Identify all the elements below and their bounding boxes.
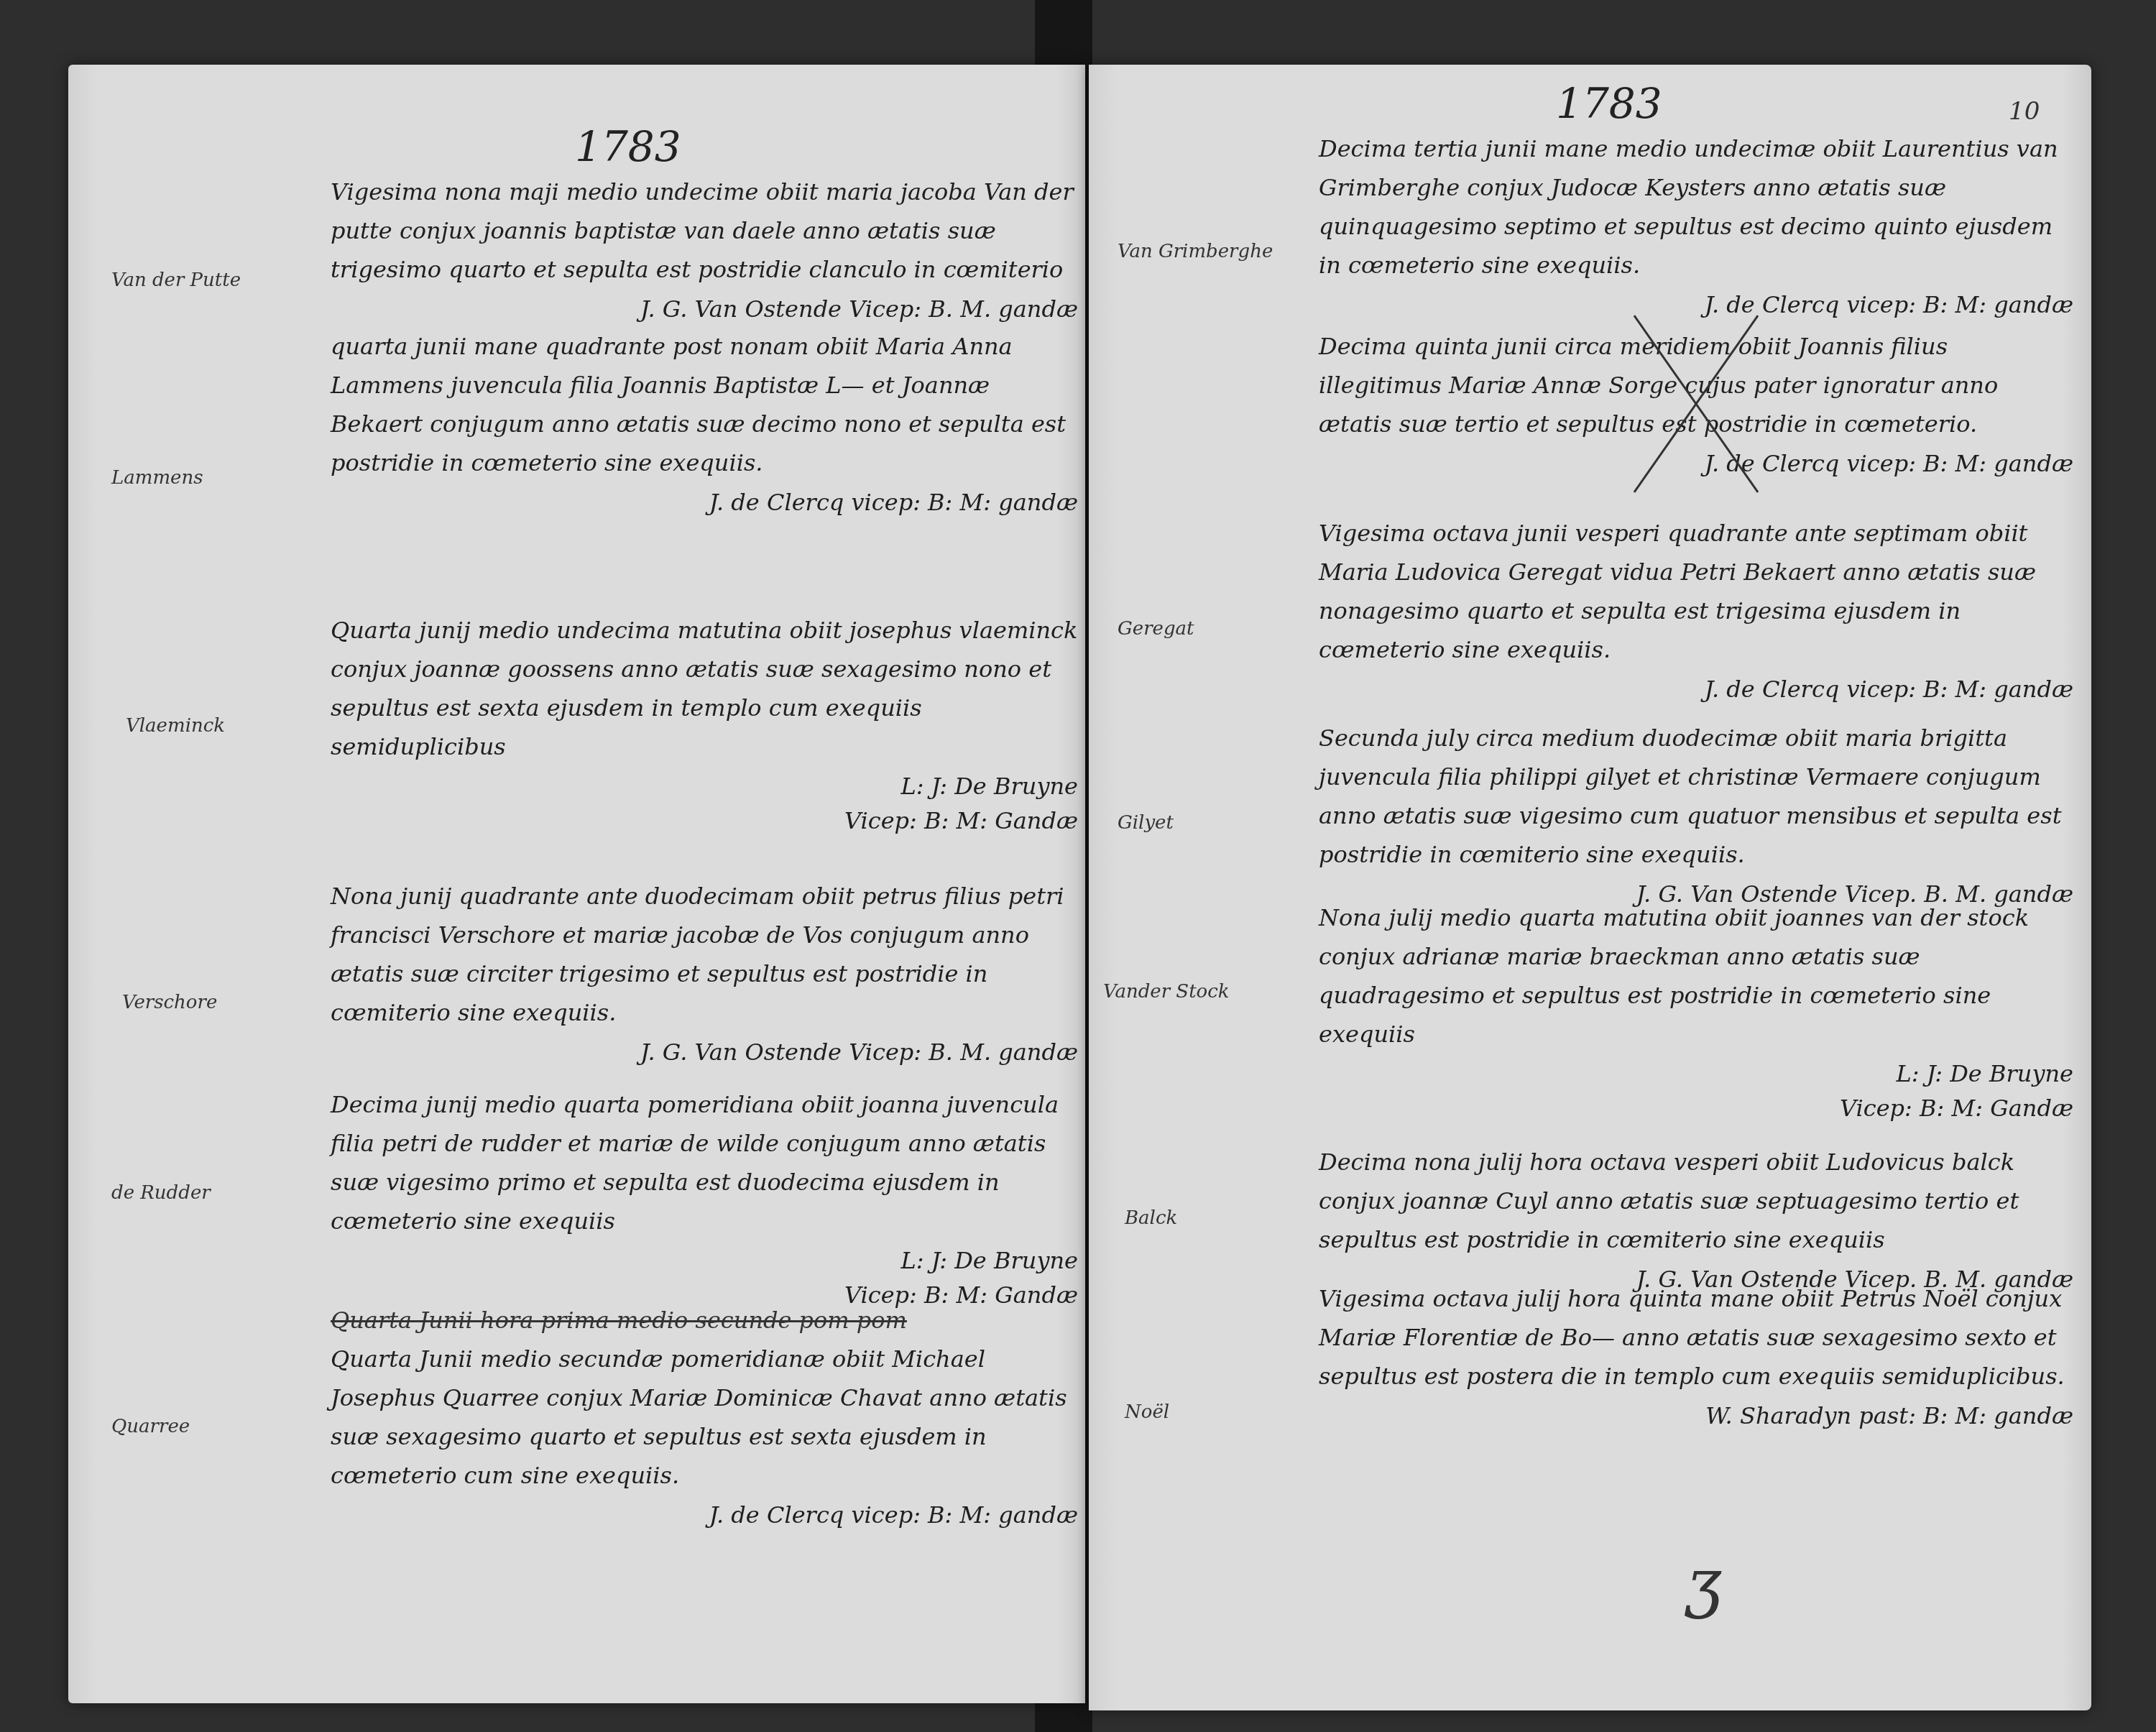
entry-text: Decima tertia junii mane medio undecimæ … (1319, 129, 2073, 285)
entry-text: Quarta junij medio undecima matutina obi… (331, 611, 1078, 766)
entry-text: Decima quinta junii circa meridiem obiit… (1319, 327, 2073, 443)
left-page: 1783 Van der Putte Vigesima nona maji me… (68, 65, 1085, 1703)
entry-text: Decima junij medio quarta pomeridiana ob… (331, 1085, 1078, 1240)
entry-signature: L: J: De Bruyne Vicep: B: M: Gandæ (1319, 1056, 2073, 1125)
margin-name: Van der Putte (111, 270, 241, 291)
margin-name: Verschore (122, 992, 217, 1013)
register-entry: Vigesima nona maji medio undecime obiit … (331, 172, 1078, 326)
struck-line: Quarta Junii hora prima medio secunde po… (331, 1301, 1078, 1340)
margin-name: Vlaeminck (126, 715, 225, 737)
entry-text: Vigesima nona maji medio undecime obiit … (331, 172, 1078, 289)
margin-name: Noël (1125, 1401, 1169, 1423)
register-entry: Vigesima octava julij hora quinta mane o… (1319, 1279, 2073, 1433)
entry-signature: J. de Clercq vicep: B: M: gandæ (331, 485, 1078, 520)
margin-name: Quarree (111, 1416, 190, 1437)
margin-name: Vander Stock (1103, 981, 1230, 1003)
entry-signature: J. de Clercq vicep: B: M: gandæ (331, 1498, 1078, 1532)
entry-signature: L: J: De Bruyne Vicep: B: M: Gandæ (331, 769, 1078, 838)
closing-flourish: ʒ (1685, 1545, 1722, 1621)
margin-name: Balck (1125, 1207, 1177, 1229)
entry-text: Nona julij medio quarta matutina obiit j… (1319, 898, 2073, 1054)
entry-signature: J. G. Van Ostende Vicep: B. M. gandæ (331, 292, 1078, 326)
register-entry: Decima tertia junii mane medio undecimæ … (1319, 129, 2073, 322)
register-entry: Vigesima octava junii vesperi quadrante … (1319, 514, 2073, 706)
register-entry: Quarta junij medio undecima matutina obi… (331, 611, 1078, 838)
left-page-year: 1783 (575, 122, 681, 171)
right-page: 1783 10 Van Grimberghe Decima tertia jun… (1089, 65, 2091, 1710)
margin-name: Geregat (1118, 618, 1194, 640)
entry-text: Quarta Junii medio secundæ pomeridianæ o… (331, 1340, 1078, 1495)
page-number: 10 (2009, 97, 2040, 126)
margin-name: Lammens (111, 467, 203, 489)
entry-text: quarta junii mane quadrante post nonam o… (331, 327, 1078, 482)
entry-signature: J. de Clercq vicep: B: M: gandæ (1319, 287, 2073, 322)
entry-signature: W. Sharadyn past: B: M: gandæ (1319, 1399, 2073, 1433)
entry-text: Vigesima octava junii vesperi quadrante … (1319, 514, 2073, 669)
margin-name: Van Grimberghe (1118, 241, 1273, 262)
register-entry: Decima nona julij hora octava vesperi ob… (1319, 1143, 2073, 1296)
entry-text: Nona junij quadrante ante duodecimam obi… (331, 877, 1078, 1032)
margin-name: Gilyet (1118, 812, 1174, 834)
crossed-out-entry: Decima quinta junii circa meridiem obiit… (1319, 327, 2073, 481)
margin-name: de Rudder (111, 1182, 211, 1204)
entry-signature: J. de Clercq vicep: B: M: gandæ (1319, 672, 2073, 706)
entry-text: Secunda july circa medium duodecimæ obii… (1319, 719, 2073, 874)
entry-signature: J. G. Van Ostende Vicep: B. M. gandæ (331, 1035, 1078, 1069)
entry-signature: J. de Clercq vicep: B: M: gandæ (1319, 446, 2073, 481)
entry-text: Decima nona julij hora octava vesperi ob… (1319, 1143, 2073, 1259)
right-page-year: 1783 (1556, 79, 1662, 128)
register-entry: Nona julij medio quarta matutina obiit j… (1319, 898, 2073, 1125)
register-entry: Decima junij medio quarta pomeridiana ob… (331, 1085, 1078, 1312)
register-entry: Quarta Junii hora prima medio secunde po… (331, 1301, 1078, 1532)
register-entry: Secunda july circa medium duodecimæ obii… (1319, 719, 2073, 911)
register-entry: Nona junij quadrante ante duodecimam obi… (331, 877, 1078, 1069)
entry-text: Vigesima octava julij hora quinta mane o… (1319, 1279, 2073, 1396)
register-entry: quarta junii mane quadrante post nonam o… (331, 327, 1078, 520)
